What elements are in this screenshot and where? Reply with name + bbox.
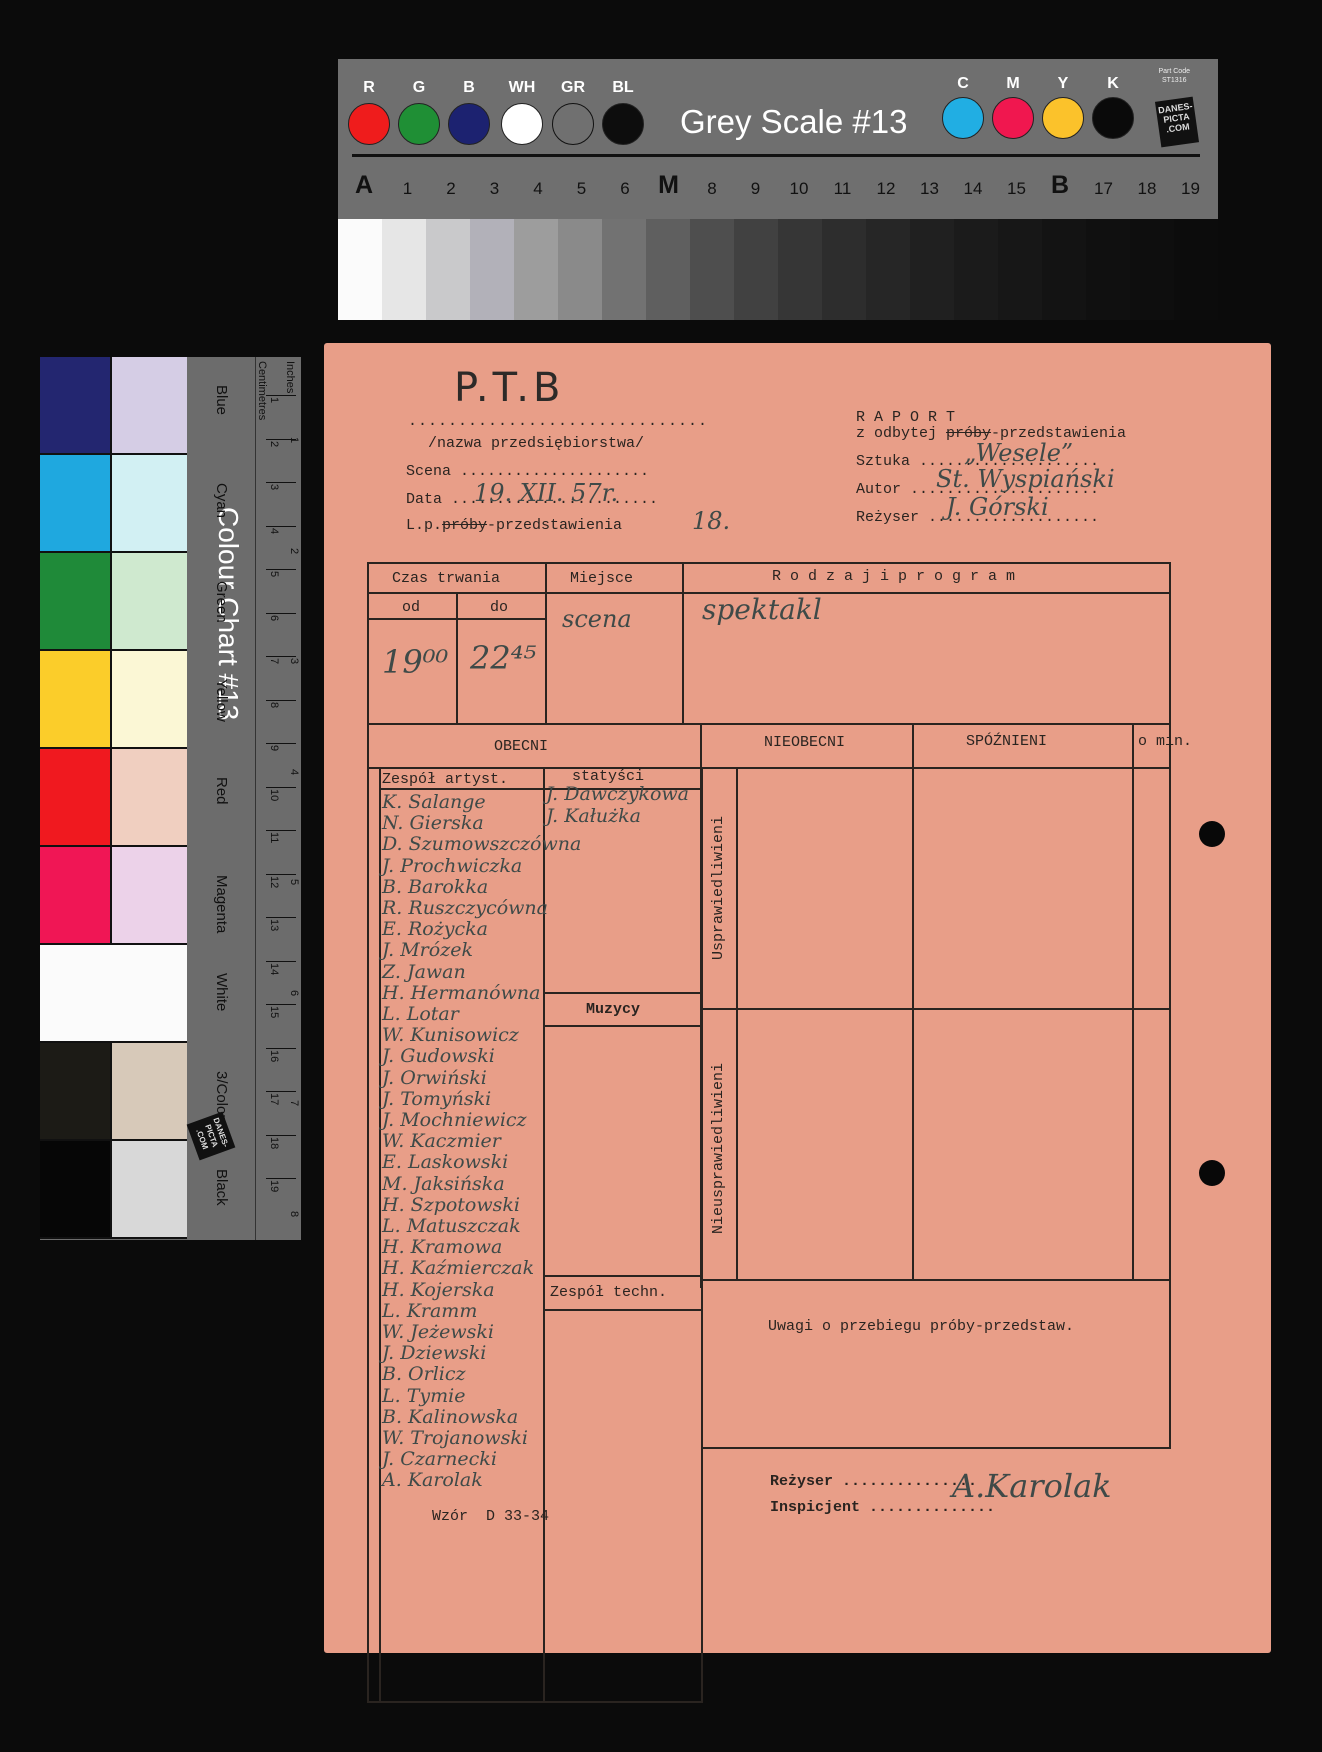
autor-value: St. Wyspiański xyxy=(936,465,1115,493)
grey-step xyxy=(426,219,470,320)
scale-label: 6 xyxy=(605,179,645,199)
cm-tick: 6 xyxy=(268,615,280,621)
swatch-dark xyxy=(40,455,112,553)
divider xyxy=(352,154,1200,157)
artist-name: L. Kramm xyxy=(382,1300,477,1322)
rodzaj-value: spektakl xyxy=(702,593,822,626)
tick xyxy=(266,526,296,527)
colour-row-blue xyxy=(40,357,187,455)
header-muzycy: Muzycy xyxy=(586,1001,640,1018)
artist-name: J. Orwiński xyxy=(382,1067,487,1089)
color-dot-r xyxy=(348,103,390,145)
footer-rezyser-label: Reżyser xyxy=(770,1473,833,1490)
colour-name: Red xyxy=(190,777,230,805)
cm-tick: 1 xyxy=(268,397,280,403)
artist-name: J. Gudowski xyxy=(382,1045,495,1067)
scale-label: 14 xyxy=(953,179,993,199)
inch-tick: 4 xyxy=(288,769,300,775)
scale-label: 10 xyxy=(779,179,819,199)
colour-chart: Colour Chart #13 DANES-PICTA .COM Inches… xyxy=(40,357,301,1240)
cm-tick: 2 xyxy=(268,441,280,447)
lp-struck: próby xyxy=(442,517,487,534)
colour-name: 3/Color xyxy=(190,1071,230,1119)
artist-name: J. Mochniewicz xyxy=(382,1109,527,1131)
lp-value: 18. xyxy=(692,507,730,535)
swatch-light xyxy=(112,1043,187,1141)
inch-tick: 2 xyxy=(288,548,300,554)
scale-label: 5 xyxy=(562,179,602,199)
grey-step xyxy=(470,219,514,320)
artist-name: B. Kalinowska xyxy=(382,1406,518,1428)
cm-tick: 5 xyxy=(268,571,280,577)
danes-picta-logo: DANES-PICTA .COM xyxy=(1155,97,1199,148)
artist-name: A. Karolak xyxy=(382,1469,483,1491)
artist-name: H. Kojerska xyxy=(382,1279,495,1301)
colour-name: Black xyxy=(190,1169,230,1206)
color-dot-bl xyxy=(602,103,644,145)
dot-label: G xyxy=(397,79,441,97)
grey-scale-card: Part Code ST1316 RGBWHGRBLCMYK Grey Scal… xyxy=(338,59,1218,320)
header-zespol-techn: Zespół techn. xyxy=(550,1284,667,1301)
header-obecni: OBECNI xyxy=(494,738,548,755)
grey-step xyxy=(1042,219,1086,320)
ruler-unit-cm: Centimetres xyxy=(256,361,268,420)
grey-step xyxy=(602,219,646,320)
cm-tick: 17 xyxy=(268,1093,280,1105)
artist-name: J. Mrózek xyxy=(382,939,473,961)
grey-step xyxy=(338,219,382,320)
report-form: P.T.B .............................. /na… xyxy=(324,343,1271,1653)
scena-label: Scena ..................... xyxy=(406,463,649,480)
lp-suffix: -przedstawienia xyxy=(487,517,622,534)
color-dot-k xyxy=(1092,97,1134,139)
colour-name: Yellow xyxy=(190,679,230,722)
dot-label: M xyxy=(991,75,1035,93)
colour-name: Magenta xyxy=(190,875,230,933)
swatch-light xyxy=(112,847,187,945)
artist-name: J. Tomyński xyxy=(382,1088,491,1110)
cm-tick: 3 xyxy=(268,484,280,490)
dot-label: GR xyxy=(551,79,595,97)
label-nieusprawiedliwieni: Nieusprawiedliwieni xyxy=(710,1023,727,1273)
artist-name: W. Kunisowicz xyxy=(382,1024,519,1046)
artist-name: K. Salange xyxy=(382,791,486,813)
cm-tick: 4 xyxy=(268,528,280,534)
grey-step xyxy=(1086,219,1130,320)
header-do: do xyxy=(490,599,508,616)
scale-label: 18 xyxy=(1127,179,1167,199)
header-spoznieni: SPÓŹNIENI xyxy=(966,733,1047,750)
swatch-dark xyxy=(40,847,112,945)
tick xyxy=(266,569,296,570)
scale-label: 2 xyxy=(431,179,471,199)
tick xyxy=(266,787,296,788)
color-dot-b xyxy=(448,103,490,145)
scale-label: 12 xyxy=(866,179,906,199)
inspicjent-signature: A.Karolak xyxy=(952,1467,1112,1505)
swatch-light xyxy=(112,357,187,455)
color-dot-y xyxy=(1042,97,1084,139)
swatch-dark xyxy=(40,945,112,1043)
punch-hole xyxy=(1199,821,1225,847)
swatch-dark xyxy=(40,553,112,651)
colour-row-magenta xyxy=(40,847,187,945)
color-dot-wh xyxy=(501,103,543,145)
swatch-light xyxy=(112,945,187,1043)
artist-name: L. Lotar xyxy=(382,1003,459,1025)
cm-tick: 19 xyxy=(268,1180,280,1192)
swatch-light xyxy=(112,553,187,651)
colour-row-red xyxy=(40,749,187,847)
rezyser-label-text: Reżyser xyxy=(856,509,919,526)
artist-name: L. Tymie xyxy=(382,1385,465,1407)
artist-name: D. Szumowszczówna xyxy=(382,833,581,855)
lp-prefix: L.p. xyxy=(406,517,442,534)
header-nieobecni: NIEOBECNI xyxy=(764,734,845,751)
swatch-light xyxy=(112,455,187,553)
form-code: Wzór D 33-34 xyxy=(432,1508,549,1525)
tick xyxy=(266,1091,296,1092)
scale-label: 13 xyxy=(910,179,950,199)
dot-label: R xyxy=(347,79,391,97)
scale-label: B xyxy=(1040,171,1080,200)
cm-tick: 9 xyxy=(268,745,280,751)
cm-tick: 8 xyxy=(268,702,280,708)
artist-name: R. Ruszczycówna xyxy=(382,897,548,919)
subtitle-prefix: z odbytej xyxy=(856,425,946,442)
scale-label: 1 xyxy=(388,179,428,199)
colour-row-white xyxy=(40,945,187,1043)
artist-name: W. Kaczmier xyxy=(382,1130,501,1152)
scale-label: 3 xyxy=(475,179,515,199)
artist-name: W. Jeżewski xyxy=(382,1321,494,1343)
grey-step xyxy=(514,219,558,320)
data-label-text: Data xyxy=(406,491,442,508)
header-miejsce: Miejsce xyxy=(570,570,633,587)
grey-steps xyxy=(338,219,1218,320)
artist-name: J. Dziewski xyxy=(382,1342,486,1364)
inch-tick: 6 xyxy=(288,990,300,996)
miejsce-value: scena xyxy=(562,605,632,633)
tick xyxy=(266,874,296,875)
swatch-dark xyxy=(40,357,112,455)
artist-name: B. Orlicz xyxy=(382,1363,466,1385)
tick xyxy=(266,917,296,918)
scale-label: 11 xyxy=(823,179,863,199)
tick xyxy=(266,743,296,744)
color-dot-g xyxy=(398,103,440,145)
inch-tick: 3 xyxy=(288,658,300,664)
artist-name: L. Matuszczak xyxy=(382,1215,521,1237)
sztuka-label-text: Sztuka xyxy=(856,453,910,470)
swatch-light xyxy=(112,1141,187,1239)
scena-label-text: Scena xyxy=(406,463,451,480)
grey-step xyxy=(690,219,734,320)
color-dot-gr xyxy=(552,103,594,145)
color-dot-c xyxy=(942,97,984,139)
dot-label: BL xyxy=(601,79,645,97)
dot-label: WH xyxy=(500,79,544,97)
inch-tick: 8 xyxy=(288,1211,300,1217)
color-dot-m xyxy=(992,97,1034,139)
artist-name: E. Laskowski xyxy=(382,1151,508,1173)
footer-inspicjent-label: Inspicjent xyxy=(770,1499,860,1516)
tick xyxy=(266,656,296,657)
scale-label: M xyxy=(649,171,689,200)
colour-name: Green xyxy=(190,581,230,623)
cm-tick: 16 xyxy=(268,1050,280,1062)
tick xyxy=(266,700,296,701)
colour-name: Cyan xyxy=(190,483,230,518)
tick xyxy=(266,613,296,614)
inch-tick: 5 xyxy=(288,879,300,885)
artist-name: H. Hermanówna xyxy=(382,982,540,1004)
header-czas-trwania: Czas trwania xyxy=(392,570,500,587)
header-rodzaj: R o d z a j i p r o g r a m xyxy=(772,568,1015,585)
artist-name: H. Szpotowski xyxy=(382,1194,520,1216)
swatch-dark xyxy=(40,651,112,749)
artist-name: B. Barokka xyxy=(382,876,488,898)
artist-name: Z. Jawan xyxy=(382,961,466,983)
colour-name: Blue xyxy=(190,385,230,415)
dot-label: Y xyxy=(1041,75,1085,93)
tick xyxy=(266,482,296,483)
report-title: R A P O R T xyxy=(856,409,955,426)
footer-rezyser: Reżyser ............... xyxy=(770,1473,977,1490)
colour-row-yellow xyxy=(40,651,187,749)
scale-label: 17 xyxy=(1084,179,1124,199)
artist-name: J. Czarnecki xyxy=(382,1448,497,1470)
inch-tick: 1 xyxy=(288,437,300,443)
tick xyxy=(266,1048,296,1049)
artist-name: N. Gierska xyxy=(382,812,484,834)
header-od: od xyxy=(402,599,420,616)
grey-step xyxy=(954,219,998,320)
cm-tick: 10 xyxy=(268,789,280,801)
tick xyxy=(266,1135,296,1136)
colour-row-3-color xyxy=(40,1043,187,1141)
swatch-light xyxy=(112,749,187,847)
scale-label: 4 xyxy=(518,179,558,199)
tick xyxy=(266,1004,296,1005)
do-value: 22⁴⁵ xyxy=(470,639,536,677)
cm-tick: 13 xyxy=(268,919,280,931)
punch-hole xyxy=(1199,1160,1225,1186)
lp-label: L.p.próby-przedstawienia xyxy=(406,517,622,534)
cm-tick: 14 xyxy=(268,963,280,975)
tick xyxy=(266,395,296,396)
company-label: /nazwa przedsiębiorstwa/ xyxy=(428,435,644,452)
scale-label: A xyxy=(344,171,384,200)
header-o-min: o min. xyxy=(1138,733,1192,750)
grey-step xyxy=(558,219,602,320)
rezyser-value: J. Górski xyxy=(946,493,1049,521)
ruler-unit-inches: Inches xyxy=(284,361,296,393)
artist-name: E. Rożycka xyxy=(382,918,488,940)
grey-scale-title: Grey Scale #13 xyxy=(680,103,907,141)
swatch-dark xyxy=(40,749,112,847)
grey-step xyxy=(866,219,910,320)
artist-name: M. Jaksińska xyxy=(382,1173,505,1195)
grey-step xyxy=(734,219,778,320)
colour-row-black xyxy=(40,1141,187,1239)
od-value: 19⁰⁰ xyxy=(382,643,448,681)
inch-tick: 7 xyxy=(288,1100,300,1106)
grey-step xyxy=(1174,219,1218,320)
date-value: 19. XII. 57r. xyxy=(474,479,618,507)
tick xyxy=(266,1178,296,1179)
colour-row-green xyxy=(40,553,187,651)
grey-step xyxy=(822,219,866,320)
colour-name: White xyxy=(190,973,230,1011)
tick xyxy=(266,961,296,962)
cm-tick: 15 xyxy=(268,1006,280,1018)
extra-name: J. Kałużka xyxy=(546,805,641,827)
scale-label: 9 xyxy=(736,179,776,199)
dot-label: K xyxy=(1091,75,1135,93)
grey-step xyxy=(998,219,1042,320)
grey-step xyxy=(910,219,954,320)
scale-label: 15 xyxy=(997,179,1037,199)
part-code: Part Code ST1316 xyxy=(1158,67,1190,85)
grey-step xyxy=(382,219,426,320)
cm-tick: 7 xyxy=(268,658,280,664)
label-usprawiedliwieni: Usprawiedliwieni xyxy=(710,783,727,993)
sztuka-value: „Wesele” xyxy=(964,439,1073,467)
company-dots: .............................. xyxy=(408,413,708,430)
artist-name: H. Kramowa xyxy=(382,1236,502,1258)
colour-row-cyan xyxy=(40,455,187,553)
cm-tick: 18 xyxy=(268,1137,280,1149)
grey-step xyxy=(778,219,822,320)
tick xyxy=(266,830,296,831)
header-zespol-artyst: Zespół artyst. xyxy=(382,771,508,788)
swatch-light xyxy=(112,651,187,749)
cm-tick: 12 xyxy=(268,876,280,888)
cm-tick: 11 xyxy=(268,832,280,843)
artist-name: J. Prochwiczka xyxy=(382,855,522,877)
grey-step xyxy=(1130,219,1174,320)
autor-label-text: Autor xyxy=(856,481,901,498)
scale-label: 19 xyxy=(1171,179,1211,199)
swatch-dark xyxy=(40,1043,112,1141)
swatch-dark xyxy=(40,1141,112,1239)
grey-step xyxy=(646,219,690,320)
uwagi-label: Uwagi o przebiegu próby-przedstaw. xyxy=(768,1318,1074,1335)
company-handwritten: P.T.B xyxy=(454,365,564,411)
artist-name: H. Kaźmierczak xyxy=(382,1257,534,1279)
dot-label: C xyxy=(941,75,985,93)
ruler: Inches Centimetres 123456789101112131415… xyxy=(255,357,302,1240)
dot-label: B xyxy=(447,79,491,97)
extra-name: J. Dawczykowa xyxy=(546,783,689,805)
artist-name: W. Trojanowski xyxy=(382,1427,528,1449)
scale-label: 8 xyxy=(692,179,732,199)
